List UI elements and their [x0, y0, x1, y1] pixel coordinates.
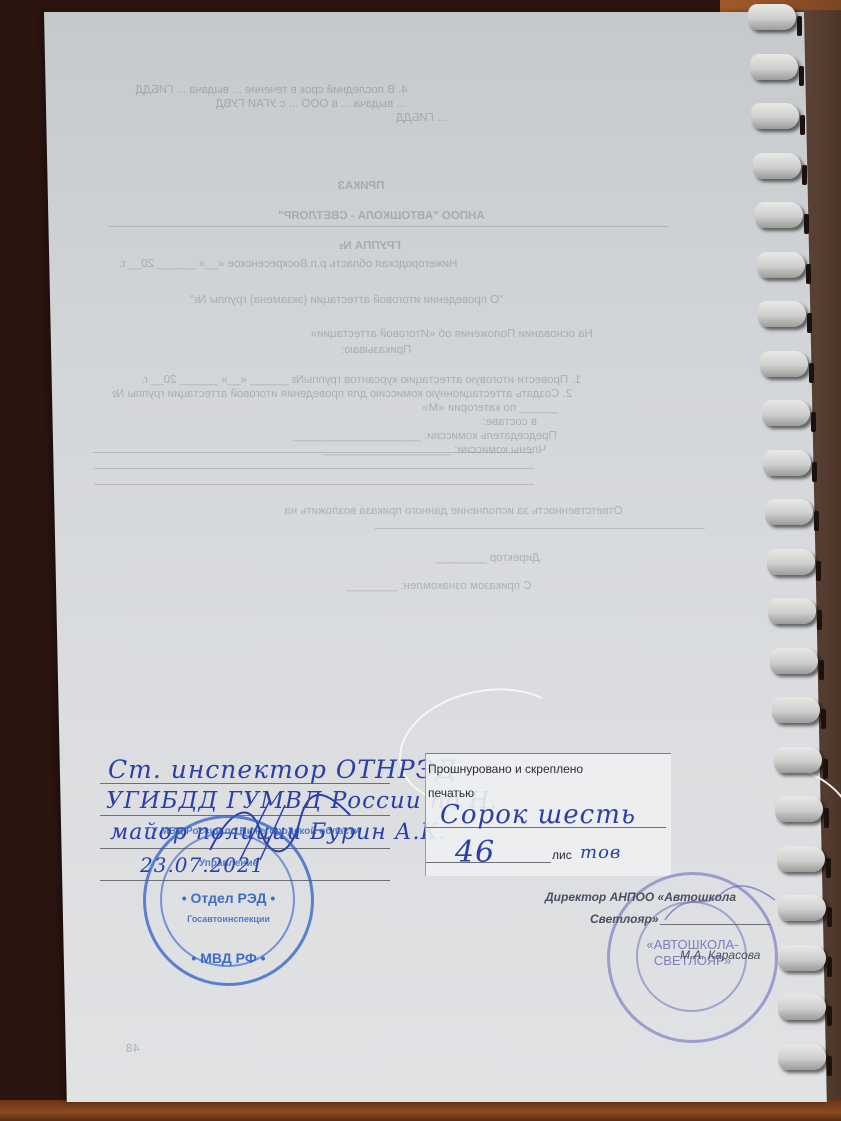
bleed-city-line: Нижегородская область р.п.Воскресенское … — [119, 258, 457, 270]
bleed-item-5: Председатель комиссии: _________________… — [293, 430, 557, 442]
label-words-handwriting: Сорок шесть — [440, 800, 636, 830]
binding-coil — [748, 4, 796, 30]
binding-coil — [778, 895, 826, 921]
bleed-basis: На основании Положения об «Итоговой атте… — [311, 328, 593, 340]
bleed-note-line-1: 4. В последний срок в течение ... выдача… — [136, 84, 408, 96]
binding-coil — [772, 697, 820, 723]
police-stamp-inner-bottom: Госавтоинспекции — [146, 914, 311, 924]
binding-coil — [763, 450, 811, 476]
binding-coil — [755, 202, 803, 228]
binding-coil — [758, 301, 806, 327]
label-line-2: печатью — [428, 786, 474, 800]
binding-coil — [753, 153, 801, 179]
binding-coil — [770, 648, 818, 674]
police-stamp-inner-top: Управление — [146, 858, 311, 869]
binding-coil — [774, 747, 822, 773]
director-name: М.А. Карасова — [680, 948, 760, 962]
bleed-order-word: Приказываю: — [341, 344, 412, 356]
director-title-line-2: Светлояр» — [590, 912, 659, 926]
bleed-subject: "О проведении итоговой аттестации (экзам… — [190, 294, 503, 306]
binding-coil — [778, 1044, 826, 1070]
label-suffix-handwriting: тов — [580, 842, 621, 863]
label-line-1: Прошнуровано и скреплено — [428, 762, 583, 776]
bleed-org: АНПОО "АВТОШКОЛА - СВЕТЛОЯР" — [278, 210, 485, 222]
binding-coil — [765, 499, 813, 525]
bleed-item-3: ______ по категории «М» — [422, 402, 558, 414]
police-stamp-center: • Отдел РЭД • — [146, 890, 311, 906]
binding-coil — [768, 598, 816, 624]
binding-coil — [762, 400, 810, 426]
bleed-order-title: ПРИКАЗ — [338, 180, 385, 192]
binding-coil — [757, 252, 805, 278]
wooden-table-edge — [0, 1100, 841, 1121]
bleed-page-number: 48 — [126, 1042, 140, 1055]
label-number-handwriting: 46 — [455, 835, 495, 870]
label-suffix-printed: лис — [552, 848, 572, 862]
bleed-responsible: Ответственность за исполнение данного пр… — [284, 505, 623, 517]
inspector-title-handwriting: Ст. инспектор ОТНРЭД — [108, 755, 457, 784]
bleed-note-line-2: ... выдача ... в ООО ... с УГАИ ГУВД — [216, 98, 406, 110]
binding-coil — [778, 994, 826, 1020]
binding-coil — [777, 846, 825, 872]
police-stamp-bottom: • МВД РФ • — [146, 950, 311, 966]
bleed-item-1: 1. Провести итоговую аттестацию курсанто… — [142, 374, 582, 386]
police-stamp-outer-text: ГУ МВД России по Нижегородской области — [146, 826, 311, 837]
bleed-acquainted: С приказом ознакомлен: ________ — [346, 580, 532, 592]
bleed-note-line-3: ... ГИБДД — [396, 112, 447, 124]
binding-coil — [750, 54, 798, 80]
police-stamp: ГУ МВД России по Нижегородской области У… — [143, 815, 314, 986]
bleed-director-line: Директор ________ — [435, 552, 540, 564]
binding-coil — [775, 796, 823, 822]
bleed-item-4: в составе: — [482, 416, 537, 428]
bleed-item-6: Члены комиссии: ____________________ — [323, 444, 546, 456]
director-signature — [660, 880, 780, 930]
binding-coil — [760, 351, 808, 377]
binding-coil — [778, 945, 826, 971]
binding-coil — [751, 103, 799, 129]
bleed-item-2: 2. Создать аттестационную комиссию для п… — [112, 388, 572, 400]
binding-coil — [767, 549, 815, 575]
bleed-group-label: ГРУППА № — [339, 240, 401, 252]
